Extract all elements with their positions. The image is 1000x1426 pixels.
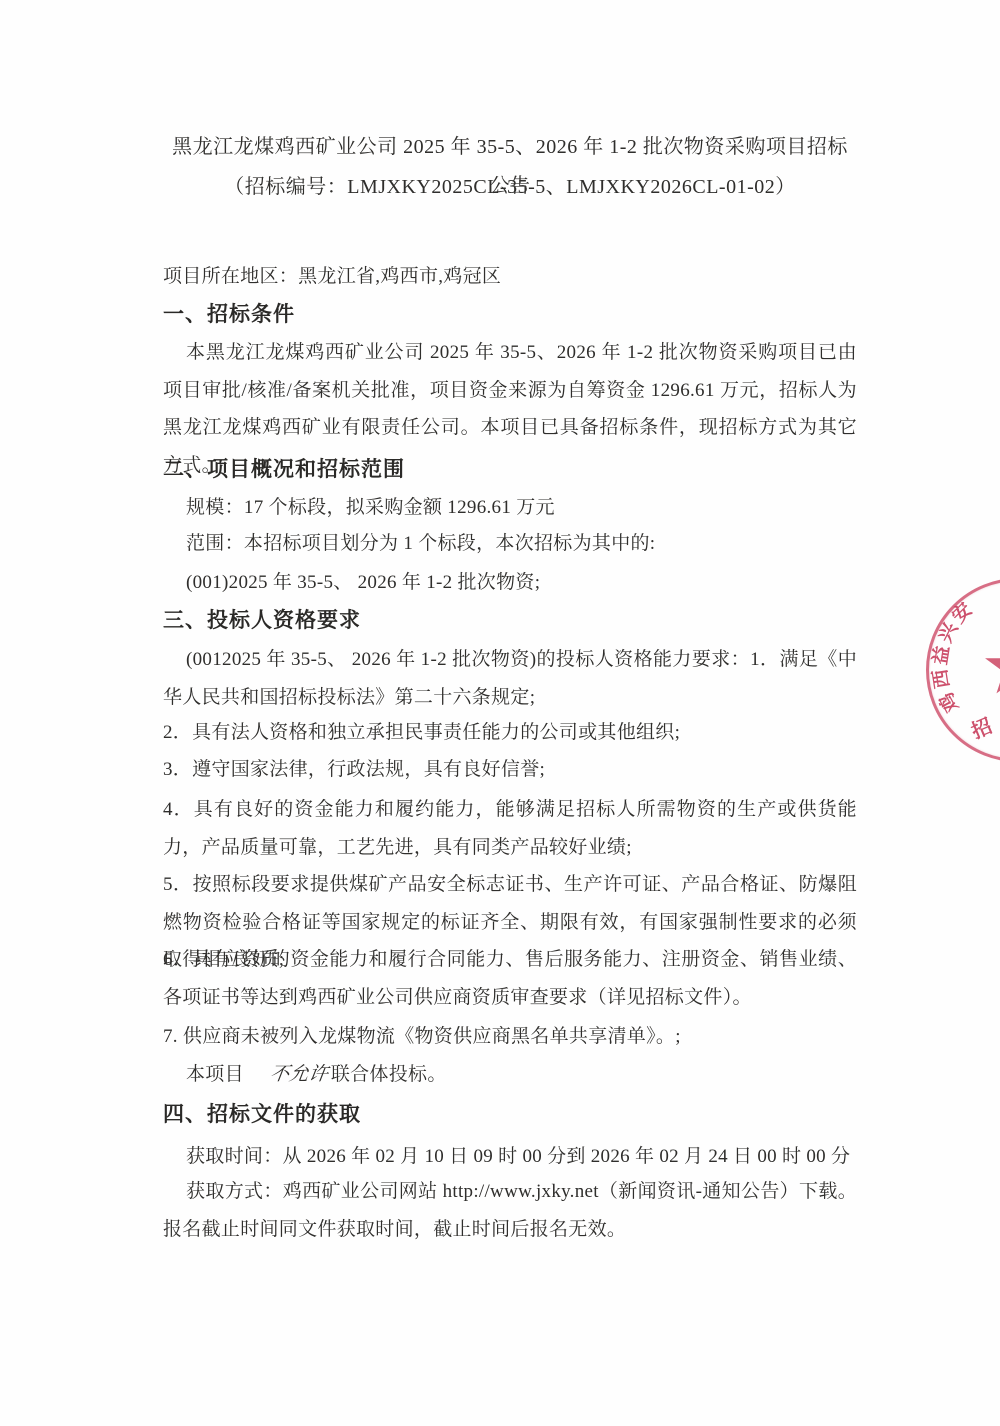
qualification-item-3: 3．遵守国家法律，行政法规，具有良好信誉; — [163, 751, 857, 789]
paragraph-qualification-intro: (0012025 年 35-5、 2026 年 1-2 批次物资)的投标人资格能… — [163, 641, 857, 716]
section-heading-bidder-qualifications: 三、投标人资格要求 — [163, 606, 857, 636]
paragraph-lot-001: (001)2025 年 35-5、 2026 年 1-2 批次物资; — [163, 564, 857, 602]
scanned-tender-document-page: 黑龙江龙煤鸡西矿业公司 2025 年 35-5、2026 年 1-2 批次物资采… — [0, 0, 1000, 1426]
section-heading-document-acquisition: 四、招标文件的获取 — [163, 1100, 857, 1130]
paragraph-no-consortium: 本项目不允许联合体投标。 — [163, 1056, 857, 1094]
section-heading-tender-conditions: 一、招标条件 — [163, 300, 857, 330]
paragraph-acquisition-time: 获取时间：从 2026 年 02 月 10 日 09 时 00 分到 2026 … — [163, 1138, 857, 1176]
no-consortium-emphasis: 不允许 — [244, 1056, 330, 1094]
project-location-line: 项目所在地区：黑龙江省,鸡西市,鸡冠区 — [163, 258, 857, 296]
doc-tender-number: （招标编号：LMJXKY2025CL-35-5、LMJXKY2026CL-01-… — [163, 168, 857, 207]
section-heading-project-overview: 二、项目概况和招标范围 — [163, 455, 857, 485]
qualification-item-6: 6．具有良好的资金能力和履行合同能力、售后服务能力、注册资金、销售业绩、各项证书… — [163, 941, 857, 1016]
paragraph-acquisition-method: 获取方式：鸡西矿业公司网站 http://www.jxky.net（新闻资讯-通… — [163, 1173, 857, 1248]
no-consortium-suffix: 联合体投标。 — [331, 1064, 447, 1085]
qualification-item-7: 7. 供应商未被列入龙煤物流《物资供应商黑名单共享清单》。; — [163, 1018, 857, 1056]
qualification-item-2: 2．具有法人资格和独立承担民事责任能力的公司或其他组织; — [163, 714, 857, 752]
paragraph-scale: 规模：17 个标段，拟采购金额 1296.61 万元 — [163, 489, 857, 527]
no-consortium-prefix: 本项目 — [186, 1064, 244, 1085]
stamp-star-icon: ★ — [980, 628, 1000, 706]
stamp-arc-char: 益 — [925, 643, 955, 666]
paragraph-scope: 范围：本招标项目划分为 1 个标段，本次招标为其中的: — [163, 525, 857, 563]
qualification-item-4: 4．具有良好的资金能力和履约能力，能够满足招标人所需物资的生产或供货能力，产品质… — [163, 791, 857, 866]
